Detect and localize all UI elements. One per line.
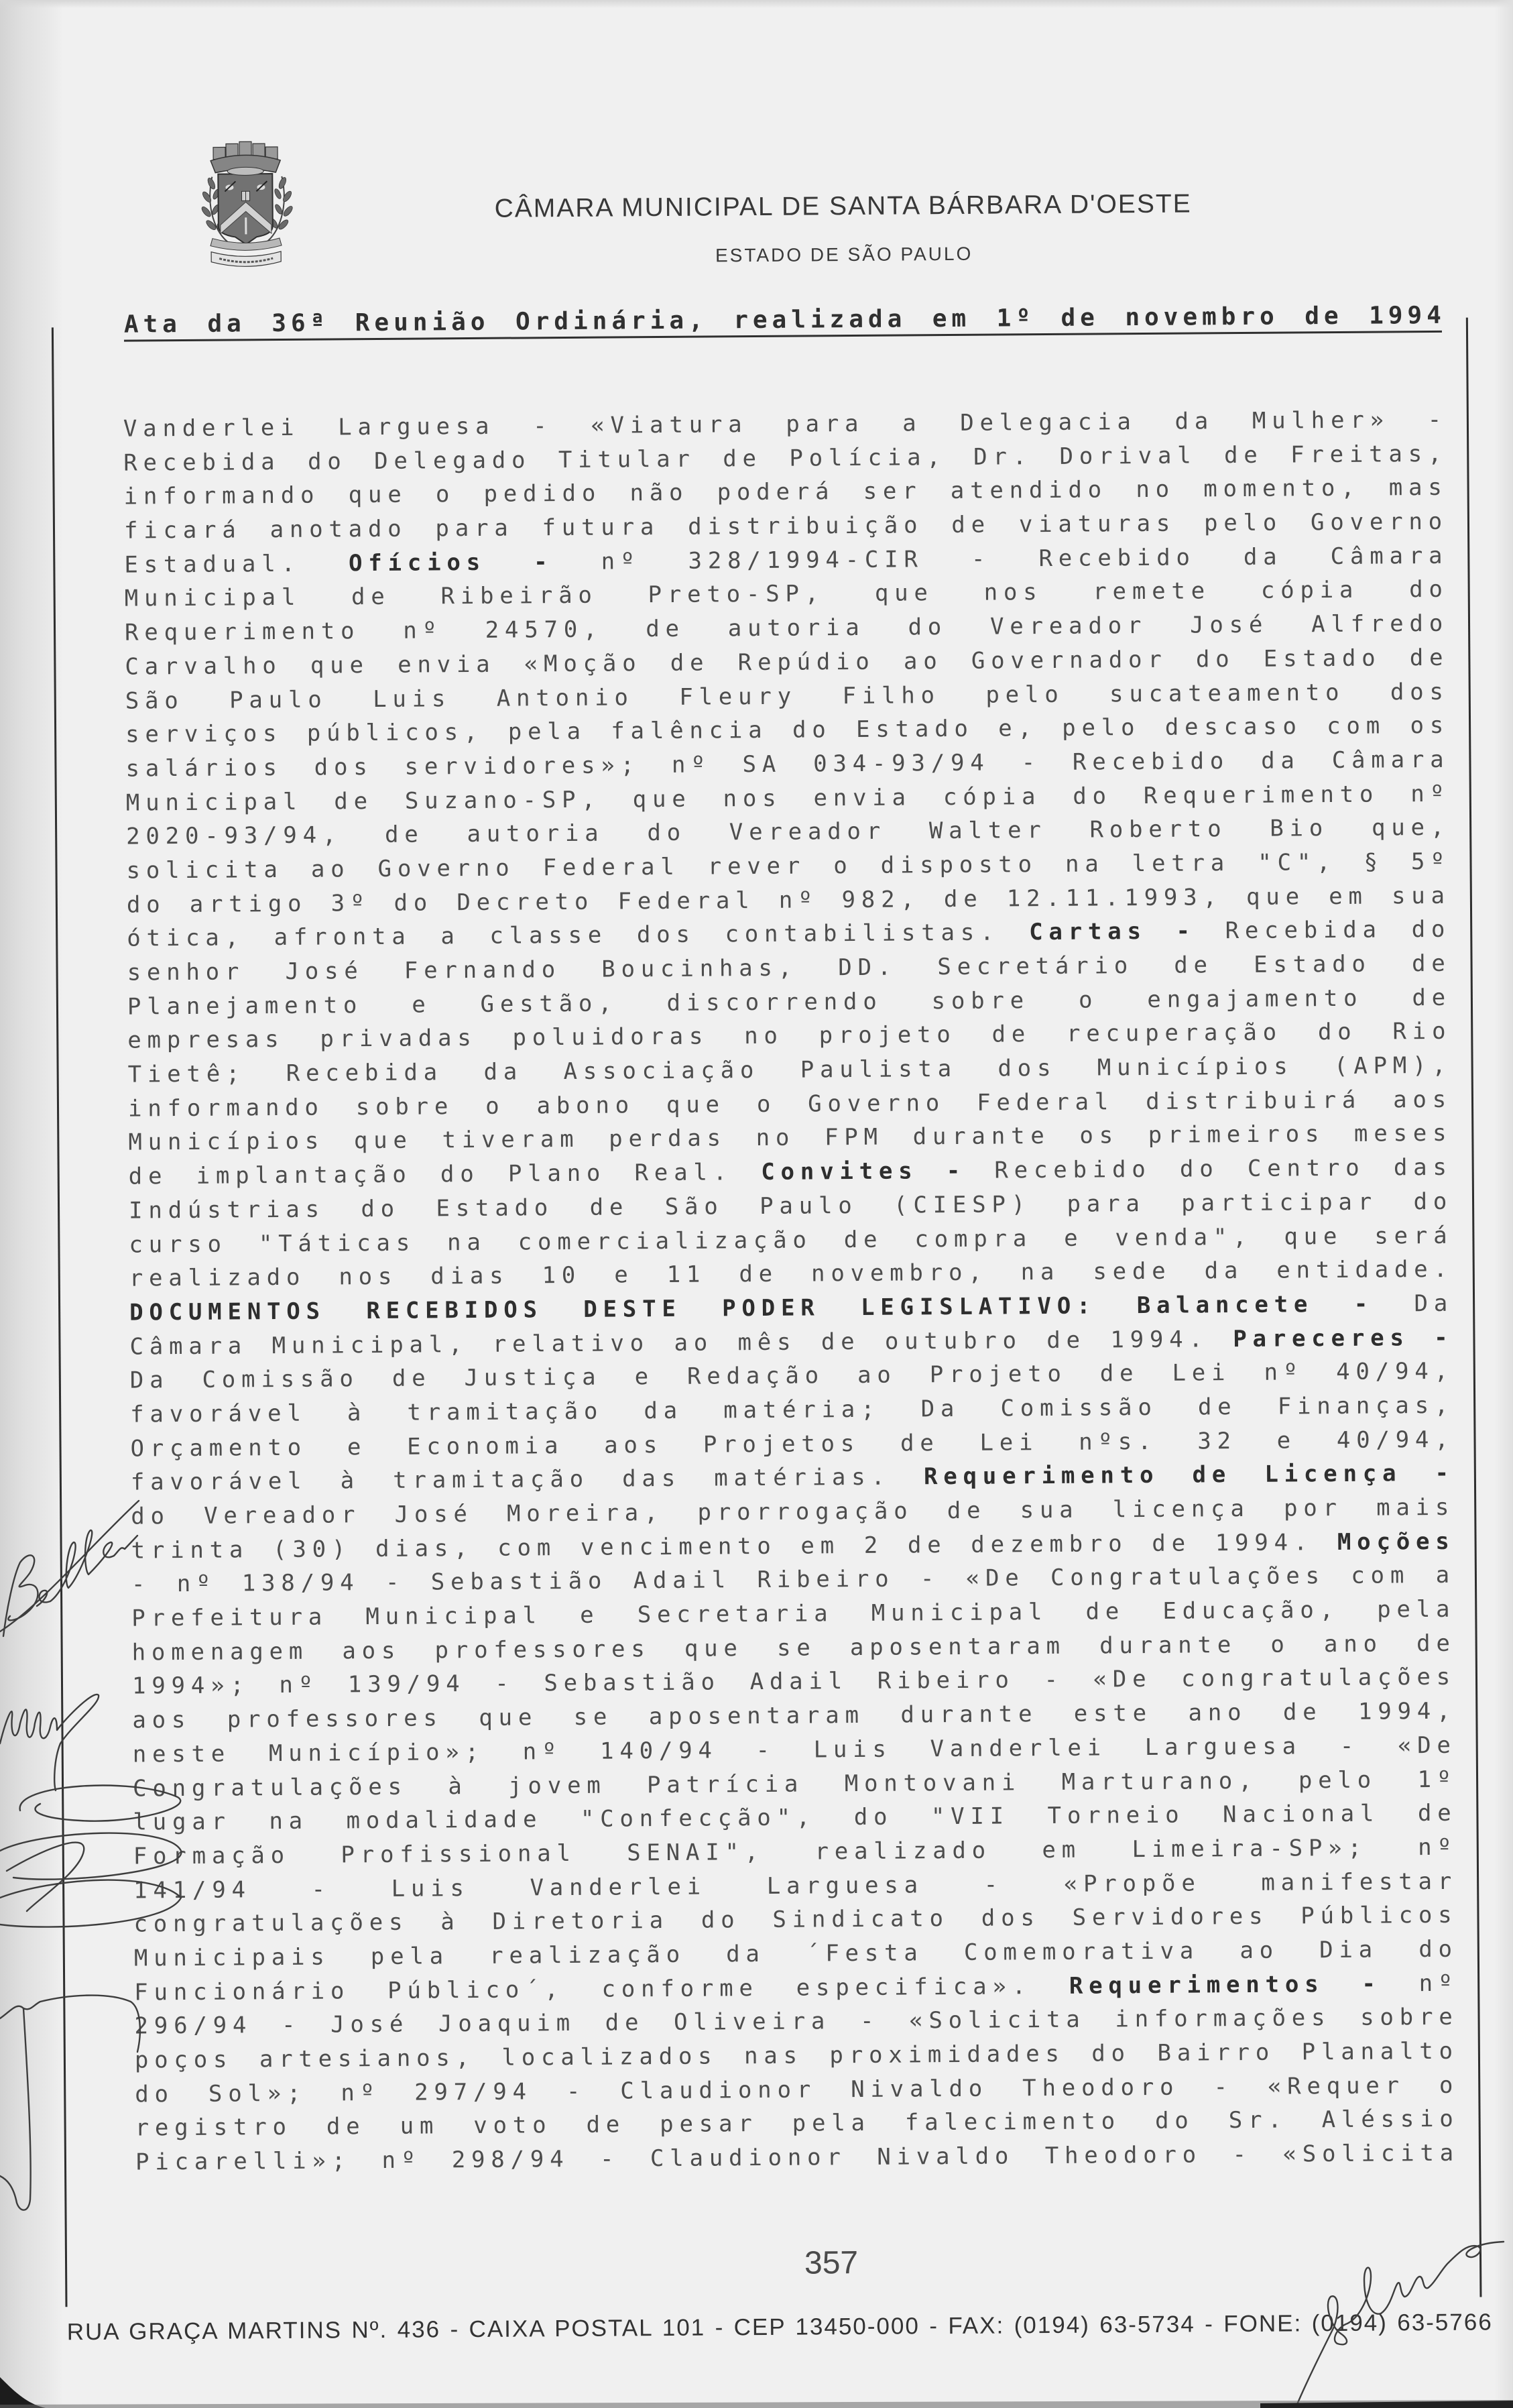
body-text: de implantação do Plano Real. [129, 1159, 762, 1190]
body-text: Orçamento e Economia aos Projetos de Lei… [130, 1426, 1454, 1462]
body-text: Estadual. [124, 550, 349, 578]
state-name: ESTADO DE SÃO PAULO [715, 245, 973, 266]
body-text: solicita ao Governo Federal rever o disp… [126, 848, 1450, 884]
body-text-block: Vanderlei Larguesa - «Viatura para a Del… [123, 403, 1459, 2179]
body-text: neste Município»; nº 140/94 - Luis Vande… [133, 1732, 1457, 1768]
body-text: registro de um voto de pesar pela faleci… [135, 2106, 1459, 2142]
body-text: Prefeitura Municipal e Secretaria Munici… [131, 1596, 1455, 1632]
body-text: do Sol»; nº 297/94 - Claudionor Nivaldo … [135, 2071, 1459, 2108]
body-text: ficará anotado para futura distribuição … [124, 508, 1448, 544]
minutes-title: Ata da 36ª Reunião Ordinária, realizada … [124, 302, 1446, 340]
left-margin-rule [52, 327, 67, 2307]
body-text: Da [1374, 1290, 1453, 1318]
body-text: Funcionário Público´, conforme especific… [134, 1972, 1069, 2006]
body-text: ótica, afronta a classe dos contabilista… [127, 919, 1029, 952]
body-text: congratulações à Diretoria do Sindicato … [133, 1902, 1457, 1938]
section-heading: Cartas - [1029, 918, 1196, 946]
body-text: nº [1382, 1969, 1459, 1997]
body-text: Picarelli»; nº 298/94 - Claudionor Nival… [135, 2140, 1459, 2176]
body-text: favorável à tramitação da matéria; Da Co… [130, 1392, 1454, 1428]
body-text: salários dos servidores»; nº SA 034-93/9… [125, 746, 1449, 783]
body-text: Requerimento nº 24570, de autoria do Ver… [125, 610, 1449, 646]
section-heading: DOCUMENTOS RECEBIDOS DESTE PODER LEGISLA… [129, 1290, 1374, 1326]
section-heading: Ofícios - [349, 549, 554, 577]
body-text: Planejamento e Gestão, discorrendo sobre… [127, 984, 1451, 1020]
page-content: CÂMARA MUNICIPAL DE SANTA BÁRBARA D'OEST… [0, 0, 1513, 2408]
body-text: poços artesianos, localizados nas proxim… [135, 2038, 1459, 2074]
section-heading: Moções [1337, 1528, 1455, 1555]
body-text: Vanderlei Larguesa - «Viatura para a Del… [123, 406, 1447, 443]
body-text: do artigo 3º do Decreto Federal nº 982, … [127, 882, 1451, 918]
body-text: 2020-93/94, de autoria do Vereador Walte… [126, 814, 1450, 850]
body-text: 1994»; nº 139/94 - Sebastião Adail Ribei… [132, 1664, 1456, 1700]
right-margin-rule [1466, 318, 1481, 2297]
body-text: trinta (30) dias, com vencimento em 2 de… [131, 1529, 1337, 1564]
body-text: informando que o pedido não poderá ser a… [124, 474, 1448, 510]
body-text: Recebido do Centro das [966, 1154, 1453, 1184]
body-text: Recebida do Delegado Titular de Polícia,… [123, 441, 1447, 477]
body-text: empresas privadas poluidoras no projeto … [127, 1018, 1451, 1054]
body-text: Indústrias do Estado de São Paulo (CIESP… [129, 1188, 1453, 1224]
body-text: favorável à tramitação das matérias. [131, 1464, 924, 1496]
page-number: 357 [804, 2247, 858, 2280]
body-text: senhor José Fernando Boucinhas, DD. Secr… [127, 950, 1451, 986]
body-text: 296/94 - José Joaquim de Oliveira - «Sol… [134, 2004, 1458, 2040]
body-text: Recebida do [1196, 916, 1451, 945]
body-text: - nº 138/94 - Sebastião Adail Ribeiro - … [131, 1562, 1455, 1598]
body-text: nº 328/1994-CIR - Recebido da Câmara [553, 542, 1448, 575]
scanned-page: CÂMARA MUNICIPAL DE SANTA BÁRBARA D'OEST… [0, 0, 1513, 2408]
body-text: informando sobre o abono que o Governo F… [128, 1086, 1452, 1123]
section-heading: Requerimentos - [1069, 1970, 1382, 1999]
body-text: realizado nos dias 10 e 11 de novembro, … [129, 1256, 1453, 1292]
body-text: 141/94 - Luis Vanderlei Larguesa - «Prop… [133, 1868, 1457, 1904]
body-text: serviços públicos, pela falência do Esta… [125, 712, 1449, 748]
body-text: Da Comissão de Justiça e Redação ao Proj… [130, 1358, 1454, 1394]
section-heading: Requerimento de Licença - [924, 1460, 1455, 1491]
body-text: Municipal de Suzano-SP, que nos envia có… [126, 780, 1450, 816]
body-text: aos professores que se aposentaram duran… [132, 1698, 1456, 1734]
body-text: Câmara Municipal, relativo ao mês de out… [129, 1326, 1233, 1360]
body-text: do Vereador José Moreira, prorrogação de… [131, 1494, 1455, 1530]
footer-address: RUA GRAÇA MARTINS Nº. 436 - CAIXA POSTAL… [67, 2310, 1493, 2344]
body-text: Municipais pela realização da ´Festa Com… [134, 1936, 1458, 1972]
body-text: Municípios que tiveram perdas no FPM dur… [128, 1120, 1452, 1156]
body-text: lugar na modalidade "Confecção", do "VII… [133, 1800, 1457, 1836]
body-text: Congratulações à jovem Patrícia Montovan… [133, 1766, 1457, 1802]
body-text: homenagem aos professores que se aposent… [132, 1630, 1456, 1666]
body-text: Formação Profissional SENAI", realizado … [133, 1834, 1457, 1870]
coat-of-arms-icon [186, 132, 308, 274]
body-text: São Paulo Luis Antonio Fleury Filho pelo… [125, 678, 1449, 714]
section-heading: Pareceres - [1233, 1324, 1453, 1352]
institution-name: CÂMARA MUNICIPAL DE SANTA BÁRBARA D'OEST… [494, 190, 1191, 221]
body-text: Carvalho que envia «Moção de Repúdio ao … [125, 644, 1449, 681]
body-text: curso "Táticas na comercialização de com… [129, 1222, 1453, 1258]
body-text: Tietê; Recebida da Associação Paulista d… [128, 1052, 1452, 1088]
body-text: Municipal de Ribeirão Preto-SP, que nos … [125, 576, 1449, 612]
section-heading: Convites - [761, 1157, 966, 1186]
